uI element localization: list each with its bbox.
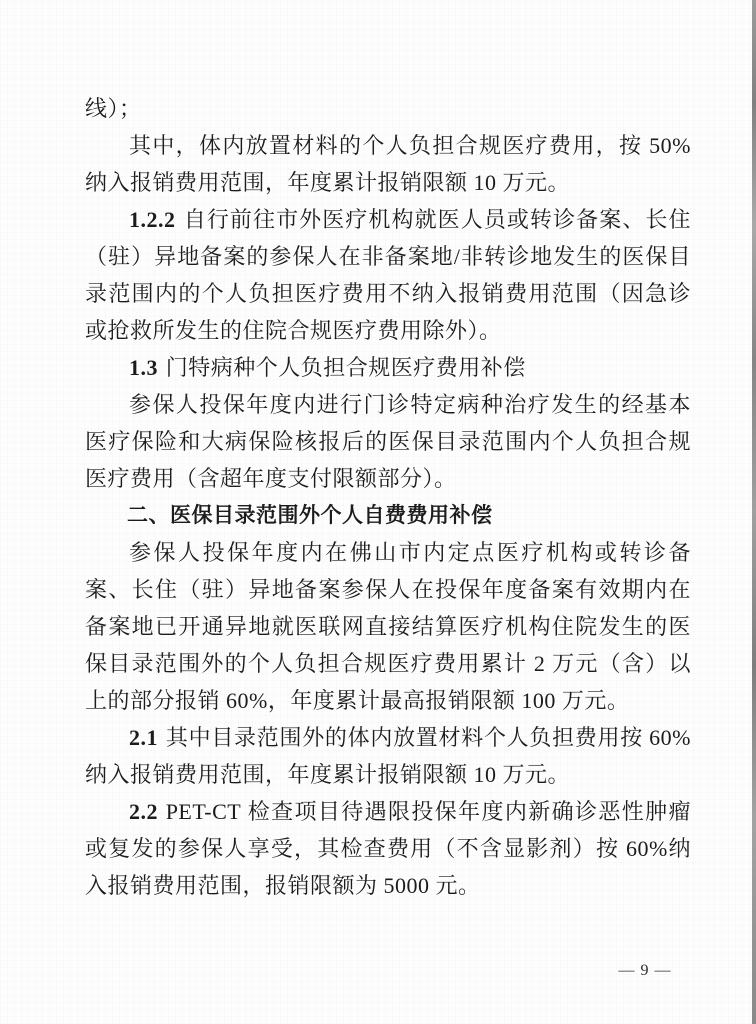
clause-number: 1.2.2 — [129, 207, 176, 232]
paragraph-text: 其中，体内放置材料的个人负担合规医疗费用，按 50%纳入报销费用范围，年度累计报… — [85, 133, 691, 195]
paragraph-clause-2-1: 2.1其中目录范围外的体内放置材料个人负担费用按 60%纳入报销费用范围，年度累… — [85, 719, 691, 793]
document-text-block: 线）； 其中，体内放置材料的个人负担合规医疗费用，按 50%纳入报销费用范围，年… — [85, 90, 691, 904]
section-heading-text: 二、医保目录范围外个人自费费用补偿 — [127, 504, 493, 527]
paragraph: 参保人投保年度内在佛山市内定点医疗机构或转诊备案、长住（驻）异地备案参保人在投保… — [85, 534, 691, 719]
paragraph-text: 线）； — [85, 96, 142, 121]
paragraph-text: 其中目录范围外的体内放置材料个人负担费用按 60%纳入报销费用范围，年度累计报销… — [85, 725, 691, 787]
paragraph-text: 门特病种个人负担合规医疗费用补偿 — [166, 355, 526, 380]
paragraph-clause-1-3: 1.3门特病种个人负担合规医疗费用补偿 — [85, 349, 691, 386]
paragraph: 参保人投保年度内进行门诊特定病种治疗发生的经基本医疗保险和大病保险核报后的医保目… — [85, 386, 691, 497]
paragraph-text: 参保人投保年度内进行门诊特定病种治疗发生的经基本医疗保险和大病保险核报后的医保目… — [85, 392, 691, 491]
scan-edge-artifact — [752, 0, 756, 1024]
paragraph-text: 参保人投保年度内在佛山市内定点医疗机构或转诊备案、长住（驻）异地备案参保人在投保… — [85, 540, 691, 713]
paragraph-text: PET-CT 检查项目待遇限投保年度内新确诊恶性肿瘤或复发的参保人享受，其检查费… — [85, 799, 691, 898]
paragraph-continuation: 线）； — [85, 90, 691, 127]
paragraph-clause-1-2-2: 1.2.2自行前往市外医疗机构就医人员或转诊备案、长住（驻）异地备案的参保人在非… — [85, 201, 691, 349]
clause-number: 1.3 — [129, 355, 158, 380]
paragraph: 其中，体内放置材料的个人负担合规医疗费用，按 50%纳入报销费用范围，年度累计报… — [85, 127, 691, 201]
page-number: — 9 — — [600, 962, 690, 980]
section-heading-2: 二、医保目录范围外个人自费费用补偿 — [85, 497, 691, 534]
paragraph-clause-2-2: 2.2PET-CT 检查项目待遇限投保年度内新确诊恶性肿瘤或复发的参保人享受，其… — [85, 793, 691, 904]
clause-number: 2.1 — [129, 725, 158, 750]
clause-number: 2.2 — [129, 799, 158, 824]
